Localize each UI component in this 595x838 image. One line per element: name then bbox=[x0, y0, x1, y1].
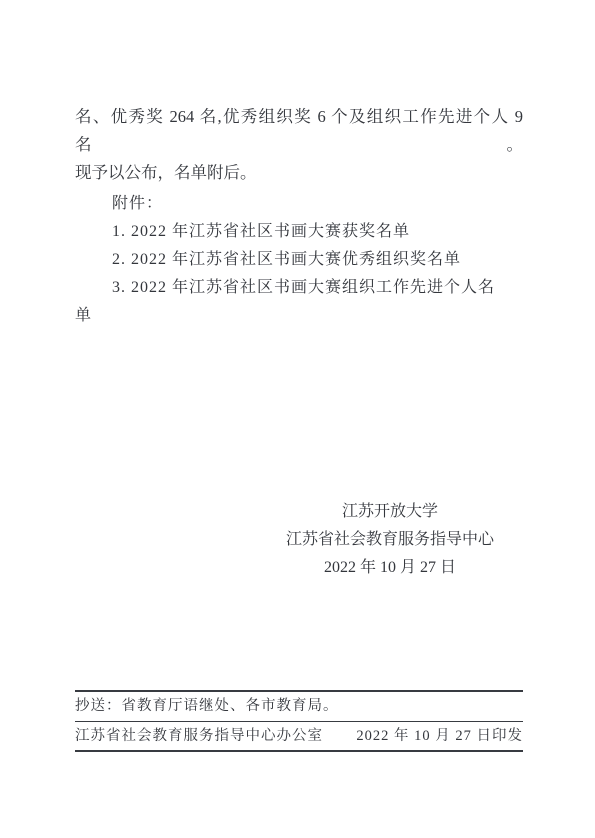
signature-org-secondary: 江苏省社会教育服务指导中心 bbox=[236, 526, 544, 554]
attachment-item: 3. 2022 年江苏省社区书画大赛组织工作先进个人名 bbox=[75, 274, 535, 302]
attachments-block: 附件： 1. 2022 年江苏省社区书画大赛获奖名单 2. 2022 年江苏省社… bbox=[75, 190, 535, 330]
footer-cc-line: 抄送：省教育厅语继处、各市教育局。 bbox=[75, 692, 523, 721]
paragraph-line: 名、优秀奖 264 名,优秀组织奖 6 个及组织工作先进个人 9 名。 bbox=[75, 103, 523, 159]
attachments-label: 附件： bbox=[75, 190, 535, 218]
signature-org-primary: 江苏开放大学 bbox=[236, 498, 544, 526]
signature-block: 江苏开放大学 江苏省社会教育服务指导中心 2022 年 10 月 27 日 bbox=[236, 498, 544, 582]
signature-date: 2022 年 10 月 27 日 bbox=[236, 554, 544, 582]
footer-print-date: 2022 年 10 月 27 日印发 bbox=[356, 722, 523, 750]
footer-rule-bottom bbox=[75, 750, 523, 752]
footer-issuer-row: 江苏省社会教育服务指导中心办公室 2022 年 10 月 27 日印发 bbox=[75, 722, 523, 750]
document-page: 名、优秀奖 264 名,优秀组织奖 6 个及组织工作先进个人 9 名。 现予以公… bbox=[0, 0, 595, 838]
attachment-item-overflow: 单 bbox=[75, 302, 535, 330]
body-paragraph: 名、优秀奖 264 名,优秀组织奖 6 个及组织工作先进个人 9 名。 现予以公… bbox=[75, 103, 523, 187]
paragraph-line: 现予以公布，名单附后。 bbox=[75, 159, 523, 187]
footer-office: 江苏省社会教育服务指导中心办公室 bbox=[75, 722, 323, 750]
attachment-item: 1. 2022 年江苏省社区书画大赛获奖名单 bbox=[75, 218, 535, 246]
attachment-item: 2. 2022 年江苏省社区书画大赛优秀组织奖名单 bbox=[75, 246, 535, 274]
